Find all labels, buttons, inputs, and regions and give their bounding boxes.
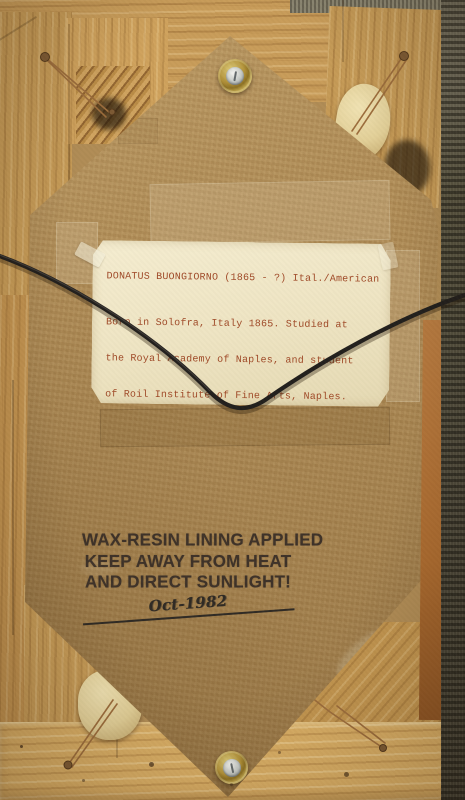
photo-back-of-framed-painting: DONATUS BUONGIORNO (1865 - ?) Ital./Amer… [0, 0, 465, 800]
hanging-wire-layer [0, 0, 465, 800]
hanging-wire-shadow [0, 258, 465, 411]
hanging-wire [0, 255, 465, 408]
